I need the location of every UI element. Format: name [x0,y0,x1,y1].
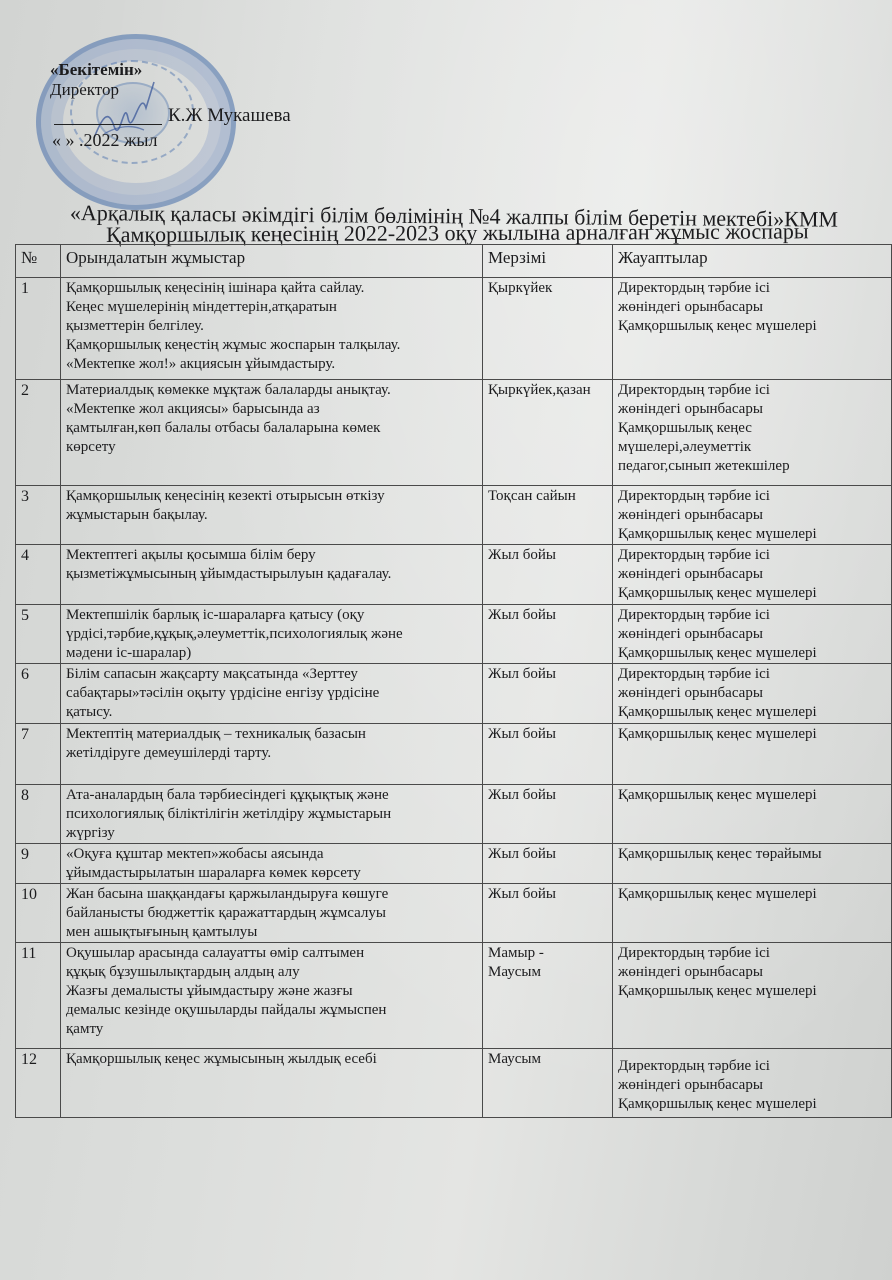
responsible-cell: Директордың тәрбие ісіжөніндегі орынбаса… [613,545,892,605]
deadline-cell: Жыл бойы [483,844,613,884]
signature-line [54,124,162,125]
responsible-line: Қамқоршылық кеңес мүшелері [618,725,887,744]
approval-date: « » .2022 жыл [52,130,158,151]
responsible-line: Директордың тәрбие ісі [618,487,887,506]
task-line: қатысу. [66,703,478,722]
task-cell: Мектептің материалдық – техникалық базас… [61,724,483,785]
responsible-line: жөніндегі орынбасары [618,506,887,525]
table-row: 4Мектептегі ақылы қосымша білім беруқызм… [16,545,892,605]
header-tasks: Орындалатын жұмыстар [61,245,483,278]
responsible-line: жөніндегі орынбасары [618,1076,887,1095]
director-position: Директор [50,80,119,100]
responsible-line: Қамқоршылық кеңес төрайымы [618,845,887,864]
task-line: Ата-аналардың бала тәрбиесіндегі құқықты… [66,786,478,805]
responsible-line: Директордың тәрбие ісі [618,944,887,963]
responsible-cell: Директордың тәрбие ісіжөніндегі орынбаса… [613,605,892,664]
row-number: 8 [16,785,61,844]
responsible-line: Қамқоршылық кеңес мүшелері [618,525,887,544]
task-cell: «Оқуға құштар мектеп»жобасы аясындаұйымд… [61,844,483,884]
deadline-cell: Жыл бойы [483,605,613,664]
deadline-cell: Жыл бойы [483,884,613,943]
table-row: 1 Қамқоршылық кеңесінің ішінара қайта са… [16,278,892,380]
task-line: қамту [66,1020,478,1039]
task-line: Білім сапасын жақсарту мақсатында «Зертт… [66,665,478,684]
responsible-cell: Қамқоршылық кеңес мүшелері [613,724,892,785]
task-line: Оқушылар арасында салауатты өмір салтыме… [66,944,478,963]
table-row: 8Ата-аналардың бала тәрбиесіндегі құқықт… [16,785,892,844]
responsible-line: Директордың тәрбие ісі [618,279,887,298]
task-cell: Оқушылар арасында салауатты өмір салтыме… [61,943,483,1049]
deadline-cell: Жыл бойы [483,545,613,605]
task-line: сабақтары»тәсілін оқыту үрдісіне енгізу … [66,684,478,703]
task-cell: Қамқоршылық кеңесінің кезекті отырысын ө… [61,486,483,545]
responsible-cell: Директордың тәрбие ісіжөніндегі орынбаса… [613,1049,892,1118]
table-row: 10Жан басына шаққандағы қаржыландыруға к… [16,884,892,943]
row-number: 6 [16,664,61,724]
responsible-line: Қамқоршылық кеңес мүшелері [618,786,887,805]
task-line: Жан басына шаққандағы қаржыландыруға көш… [66,885,478,904]
header-responsible: Жауаптылар [613,245,892,278]
responsible-cell: Қамқоршылық кеңес мүшелері [613,884,892,943]
responsible-line: мүшелері,әлеуметтік [618,438,887,457]
approved-label: «Бекітемін» [50,60,142,79]
responsible-line: Директордың тәрбие ісі [618,1057,887,1076]
responsible-line: Қамқоршылық кеңес мүшелері [618,885,887,904]
task-line: үрдісі,тәрбие,құқық,әлеуметтік,психологи… [66,625,478,644]
task-cell: Қамқоршылық кеңес жұмысының жылдық есебі [61,1049,483,1118]
responsible-line: Директордың тәрбие ісі [618,381,887,400]
deadline-cell: Қыркүйек [483,278,613,380]
responsible-line: жөніндегі орынбасары [618,400,887,419]
task-line: қызметіжұмысының ұйымдастырылуын қадағал… [66,565,478,584]
row-number: 1 [16,278,61,380]
task-cell: Материалдық көмекке мұқтаж балаларды аны… [61,380,483,486]
row-number: 9 [16,844,61,884]
responsible-line: Қамқоршылық кеңес мүшелері [618,703,887,722]
task-line: жұмыстарын бақылау. [66,506,478,525]
responsible-line: Директордың тәрбие ісі [618,665,887,684]
task-line: жүргізу [66,824,478,843]
task-line: Мектептегі ақылы қосымша білім беру [66,546,478,565]
task-line: Жазғы демалысты ұйымдастыру және жазғы [66,982,478,1001]
responsible-line: Директордың тәрбие ісі [618,606,887,625]
responsible-cell: Директордың тәрбие ісіжөніндегі орынбаса… [613,278,892,380]
task-line: демалыс кезінде оқушыларды пайдалы жұмыс… [66,1001,478,1020]
task-line: «Оқуға құштар мектеп»жобасы аясында [66,845,478,864]
responsible-line: Қамқоршылық кеңес мүшелері [618,644,887,663]
row-number: 10 [16,884,61,943]
responsible-line: Қамқоршылық кеңес мүшелері [618,317,887,336]
director-name: К.Ж Мукашева [168,105,291,127]
responsible-cell: Директордың тәрбие ісіжөніндегі орынбаса… [613,486,892,545]
table-row: 7Мектептің материалдық – техникалық база… [16,724,892,785]
table-row: 3Қамқоршылық кеңесінің кезекті отырысын … [16,486,892,545]
task-line: психологиялық біліктілігін жетілдіру жұм… [66,805,478,824]
task-line: «Мектепке жол!» акциясын ұйымдастыру. [66,355,478,374]
task-line: жетілдіруге демеушілерді тарту. [66,744,478,763]
task-cell: Қамқоршылық кеңесінің ішінара қайта сайл… [61,278,483,380]
deadline-cell: Жыл бойы [483,664,613,724]
responsible-line: жөніндегі орынбасары [618,625,887,644]
task-line: ұйымдастырылатын шараларға көмек көрсету [66,864,478,883]
deadline-cell: Мамыр - Маусым [483,943,613,1049]
task-line: Мектептің материалдық – техникалық базас… [66,725,478,744]
responsible-cell: Директордың тәрбие ісіжөніндегі орынбаса… [613,943,892,1049]
deadline-cell: Жыл бойы [483,785,613,844]
deadline-cell: Маусым [483,1049,613,1118]
task-line: байланысты бюджеттік қаражаттардың жұмса… [66,904,478,923]
responsible-line: Қамқоршылық кеңес мүшелері [618,1095,887,1114]
table-row: 12Қамқоршылық кеңес жұмысының жылдық есе… [16,1049,892,1118]
row-number: 11 [16,943,61,1049]
task-line: мен ашықтығының қамтылуы [66,923,478,942]
task-line: құқық бұзушылықтардың алдың алу [66,963,478,982]
responsible-line: жөніндегі орынбасары [618,565,887,584]
responsible-line: Қамқоршылық кеңес мүшелері [618,982,887,1001]
task-cell: Мектепшілік барлық іс-шараларға қатысу (… [61,605,483,664]
responsible-cell: Директордың тәрбие ісіжөніндегі орынбаса… [613,380,892,486]
approval-label: «Бекітемін» [50,60,142,80]
responsible-line: Қамқоршылық кеңес мүшелері [618,584,887,603]
table-header-row: № Орындалатын жұмыстар Мерзімі Жауаптыла… [16,245,892,278]
task-cell: Мектептегі ақылы қосымша білім беруқызме… [61,545,483,605]
responsible-cell: Қамқоршылық кеңес мүшелері [613,785,892,844]
row-number: 2 [16,380,61,486]
row-number: 4 [16,545,61,605]
responsible-cell: Қамқоршылық кеңес төрайымы [613,844,892,884]
row-number: 12 [16,1049,61,1118]
deadline-cell: Тоқсан сайын [483,486,613,545]
task-line: Қамқоршылық кеңесінің ішінара қайта сайл… [66,279,478,298]
task-line: қамтылған,көп балалы отбасы балаларына к… [66,419,478,438]
header-deadline: Мерзімі [483,245,613,278]
responsible-line: педагог,сынып жетекшілер [618,457,887,476]
responsible-line: Қамқоршылық кеңес [618,419,887,438]
task-line: көрсету [66,438,478,457]
work-plan-table: № Орындалатын жұмыстар Мерзімі Жауаптыла… [15,244,892,1118]
task-line: Мектепшілік барлық іс-шараларға қатысу (… [66,606,478,625]
responsible-line: жөніндегі орынбасары [618,684,887,703]
header-number: № [16,245,61,278]
task-line: Қамқоршылық кеңестің жұмыс жоспарын талқ… [66,336,478,355]
table-row: 11Оқушылар арасында салауатты өмір салты… [16,943,892,1049]
table-row: 6Білім сапасын жақсарту мақсатында «Зерт… [16,664,892,724]
deadline-cell: Жыл бойы [483,724,613,785]
responsible-line: жөніндегі орынбасары [618,963,887,982]
task-line: Материалдық көмекке мұқтаж балаларды аны… [66,381,478,400]
task-line: қызметтерін белгілеу. [66,317,478,336]
responsible-line: Директордың тәрбие ісі [618,546,887,565]
row-number: 7 [16,724,61,785]
task-line: Қамқоршылық кеңес жұмысының жылдық есебі [66,1050,478,1069]
table-row: 2Материалдық көмекке мұқтаж балаларды ан… [16,380,892,486]
row-number: 3 [16,486,61,545]
deadline-cell: Қыркүйек,қазан [483,380,613,486]
task-cell: Жан басына шаққандағы қаржыландыруға көш… [61,884,483,943]
table-row: 5Мектепшілік барлық іс-шараларға қатысу … [16,605,892,664]
task-line: мәдени іс-шаралар) [66,644,478,663]
responsible-line: жөніндегі орынбасары [618,298,887,317]
responsible-cell: Директордың тәрбие ісіжөніндегі орынбаса… [613,664,892,724]
task-line: Қамқоршылық кеңесінің кезекті отырысын ө… [66,487,478,506]
table-row: 9«Оқуға құштар мектеп»жобасы аясындаұйым… [16,844,892,884]
task-line: «Мектепке жол акциясы» барысында аз [66,400,478,419]
task-line: Кеңес мүшелерінің міндеттерін,атқаратын [66,298,478,317]
row-number: 5 [16,605,61,664]
task-cell: Білім сапасын жақсарту мақсатында «Зертт… [61,664,483,724]
task-cell: Ата-аналардың бала тәрбиесіндегі құқықты… [61,785,483,844]
